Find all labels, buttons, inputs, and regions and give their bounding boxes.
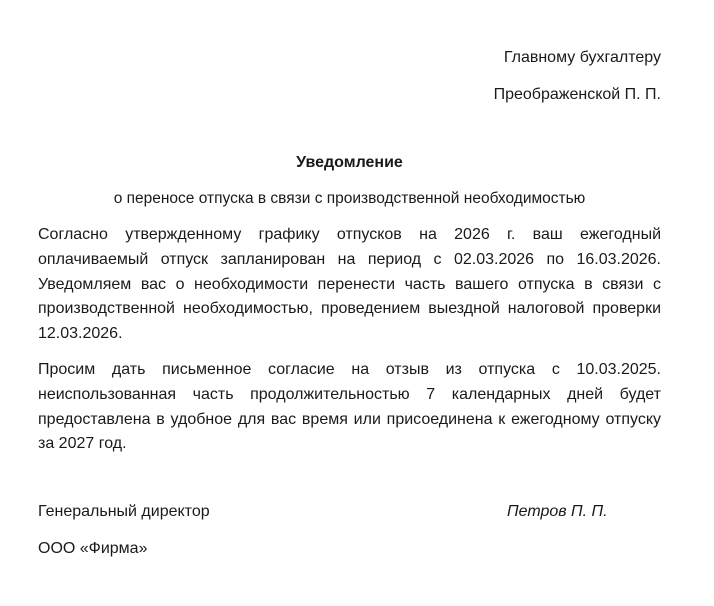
signer-name: Петров П. П. [507, 502, 608, 522]
body-paragraph-2: Просим дать письменное согласие на отзыв… [38, 358, 661, 457]
document-subtitle: о переносе отпуска в связи с производств… [38, 189, 661, 209]
addressee-position: Главному бухгалтеру [504, 48, 661, 68]
body-paragraph-1: Согласно утвержденному графику отпусков … [38, 223, 661, 347]
signature-row: Генеральный директор Петров П. П. [38, 502, 661, 524]
document-title: Уведомление [38, 153, 661, 173]
company-name: ООО «Фирма» [38, 539, 147, 559]
addressee-name: Преображенской П. П. [494, 85, 661, 105]
signer-position: Генеральный директор [38, 502, 210, 522]
